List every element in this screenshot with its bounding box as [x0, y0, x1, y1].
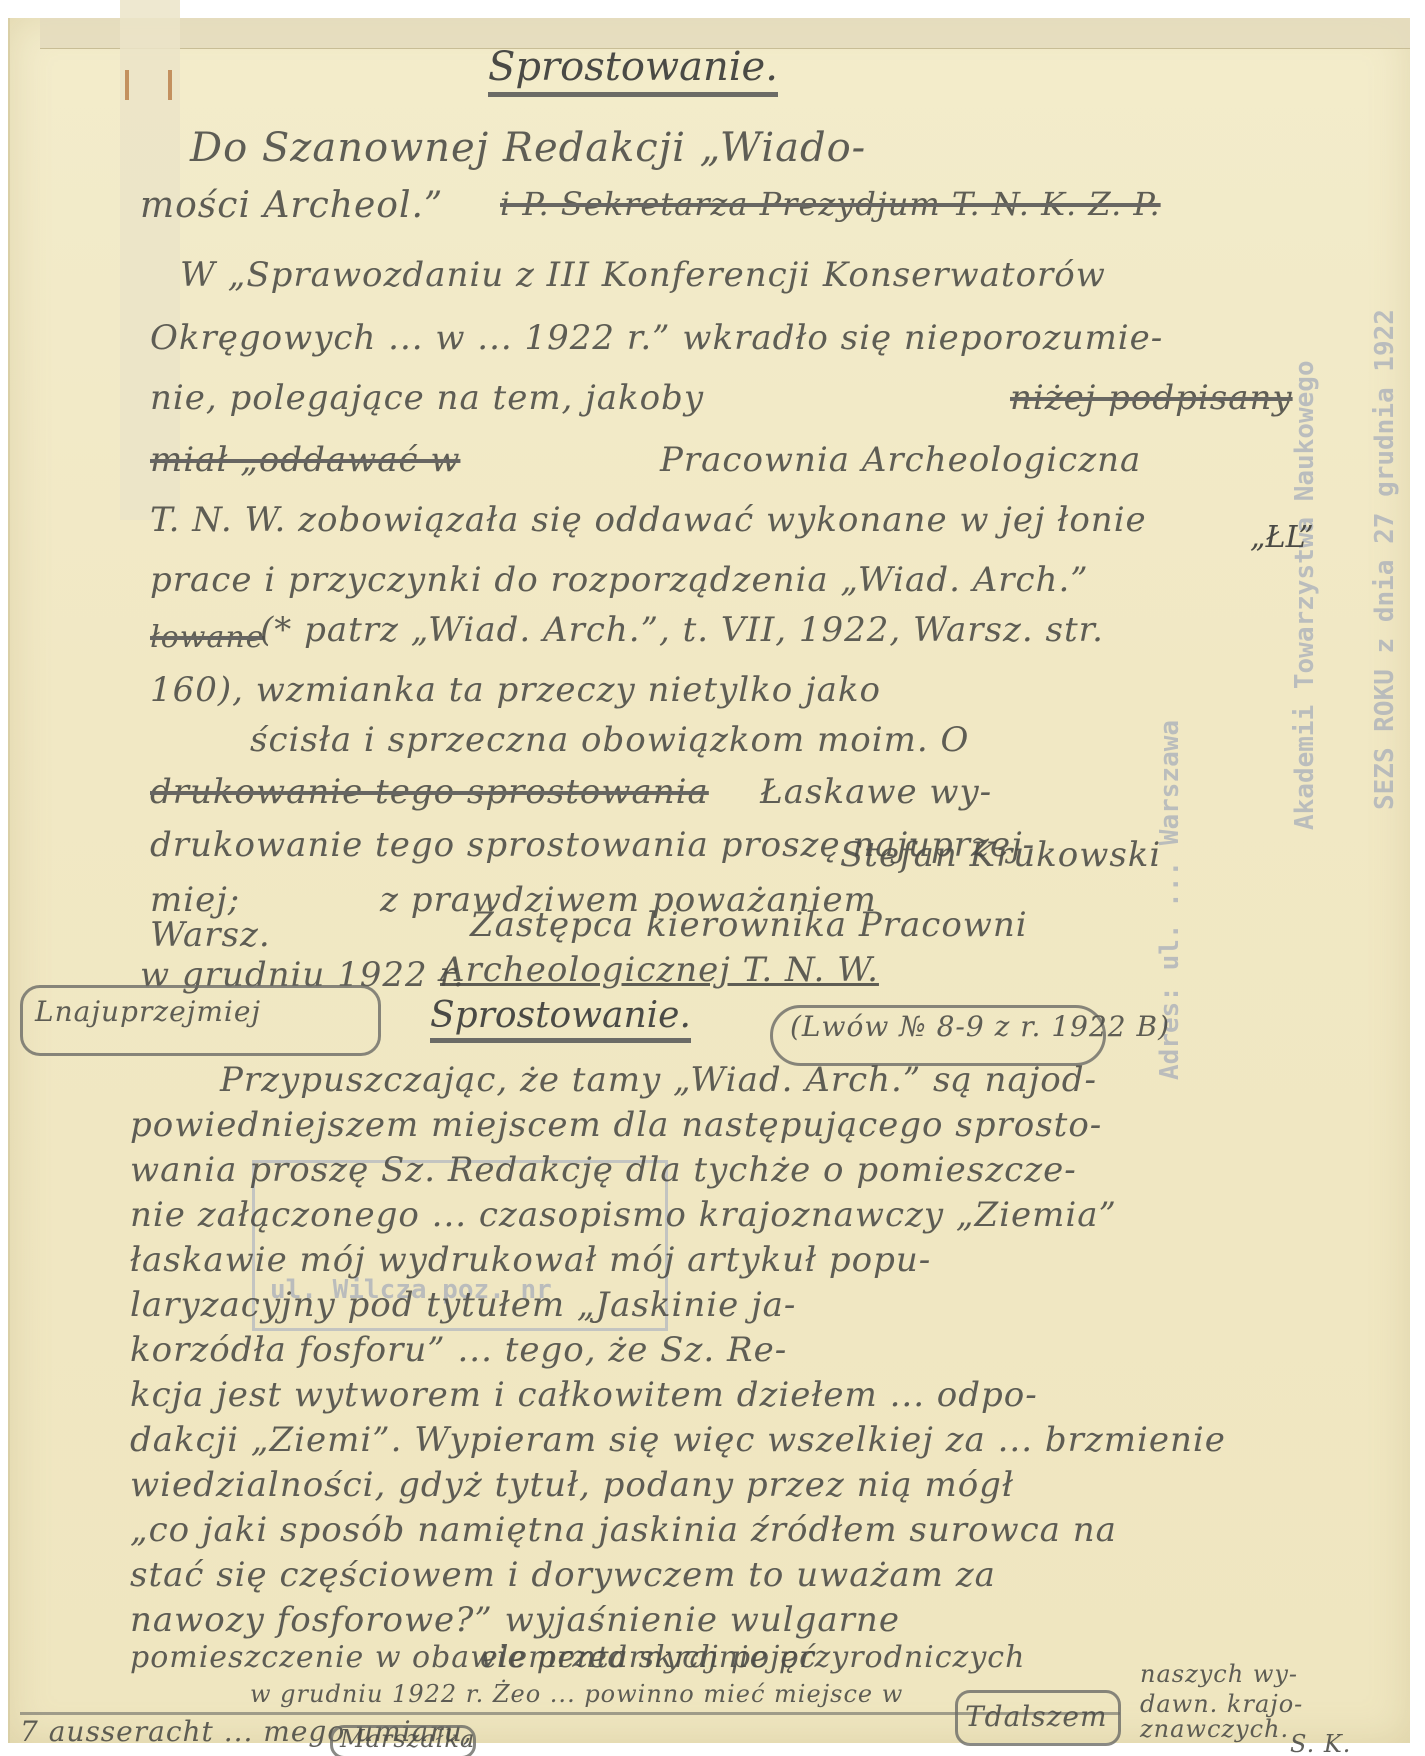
text-line: „co jaki sposób namiętna jaskinia źródłe… [130, 1510, 1117, 1550]
section1-title: Sprostowanie. [488, 44, 778, 97]
text-line: Pracownia Archeologiczna [660, 440, 1141, 480]
text-line: łaskawie mój wydrukował mój artykuł popu… [130, 1240, 931, 1280]
text-line: nawozy fosforowe?” wyjaśnienie wulgarne [130, 1600, 900, 1640]
text-line: korzódła fosforu” ... tego, że Sz. Re- [130, 1330, 787, 1370]
text-line: Okręgowych ... w ... 1922 r.” wkradło si… [150, 318, 1163, 358]
struck-text: miał „oddawać w [150, 440, 460, 480]
margin-line: dawn. krajo- [1140, 1690, 1303, 1718]
text-line: w grudniu 1922 r. Żeo ... powinno mieć m… [250, 1680, 903, 1708]
text-line: Przypuszczając, że tamy „Wiad. Arch.” są… [220, 1060, 1097, 1100]
signature-role-1: Zastępca kierownika Pracowni [470, 905, 1028, 945]
salutation-line: Do Szanownej Redakcji „Wiado- [190, 125, 866, 171]
rust-stain [125, 70, 129, 100]
struck-text: i P. Sekretarza Prezydjum T. N. K. Z. P. [500, 185, 1161, 223]
text-line: kcja jest wytworem i całkowitem dziełem … [130, 1375, 1038, 1415]
place: Warsz. [150, 915, 271, 955]
text-line: wiedzialności, gdyż tytuł, podany przez … [130, 1465, 1014, 1505]
signature: Stefan Krukowski [840, 835, 1161, 875]
text-line: Łaskawe wy- [760, 772, 992, 812]
text-line: laryzacyjny pod tytułem „Jaskinie ja- [130, 1285, 796, 1325]
text-line: prace i przyczynki do rozporządzenia „Wi… [150, 560, 1089, 600]
text-line: nie załączonego ... czasopismo krajoznaw… [130, 1195, 1117, 1235]
text-line: dakcji „Ziemi”. Wypieram się więc wszelk… [130, 1420, 1226, 1460]
text-line: elementarnych pojęć [480, 1640, 817, 1675]
struck-text: drukowanie tego sprostowania [150, 772, 709, 812]
circled-word: Marszałka [340, 1725, 475, 1753]
section2-title: Sprostowanie. [430, 995, 691, 1043]
text-line: stać się częściowem i dorywczem to uważa… [130, 1555, 996, 1595]
rust-stain [168, 70, 172, 100]
text-line: nie, polegające na tem, jakoby [150, 378, 704, 418]
text-line: wania proszę Sz. Redakcję dla tychże o p… [130, 1150, 1077, 1190]
text-line: W „Sprawozdaniu z III Konferencji Konser… [180, 255, 1106, 295]
signature-role-2: Archeologicznej T. N. W. [440, 950, 879, 990]
stamp-bleed-vertical-1: SEZS ROKU z dnia 27 grudnia 1922 [1370, 150, 1400, 810]
circled-note: Lnajuprzejmiej [35, 995, 261, 1028]
boxed-note: Tdalszem [965, 1700, 1108, 1733]
text-line: ścisła i sprzeczna obowiązkom moim. O [250, 720, 969, 760]
text-line: 160), wzmianka ta przeczy nietylko jako [150, 670, 881, 710]
text-line: powiedniejszem miejscem dla następująceg… [130, 1105, 1102, 1145]
struck-text: łowane [150, 620, 264, 655]
margin-line: naszych wy- [1140, 1660, 1298, 1688]
text-line: miej; [150, 880, 240, 920]
text-line: T. N. W. zobowiązała się oddawać wykonan… [150, 500, 1147, 540]
text-line: (* patrz „Wiad. Arch.”, t. VII, 1922, Wa… [260, 610, 1104, 650]
margin-line: znawczych. [1140, 1715, 1289, 1743]
margin-note: „ŁL” [1250, 520, 1314, 555]
circled-annotation: (Lwów № 8-9 z r. 1922 B) [790, 1010, 1170, 1043]
struck-text: niżej podpisany [1010, 378, 1293, 418]
text-line: mości Archeol.” [140, 185, 443, 226]
stamp-bleed-vertical-2: Akademii Towarzystwa Naukowego [1290, 180, 1320, 830]
initials: S. K. [1290, 1730, 1351, 1756]
